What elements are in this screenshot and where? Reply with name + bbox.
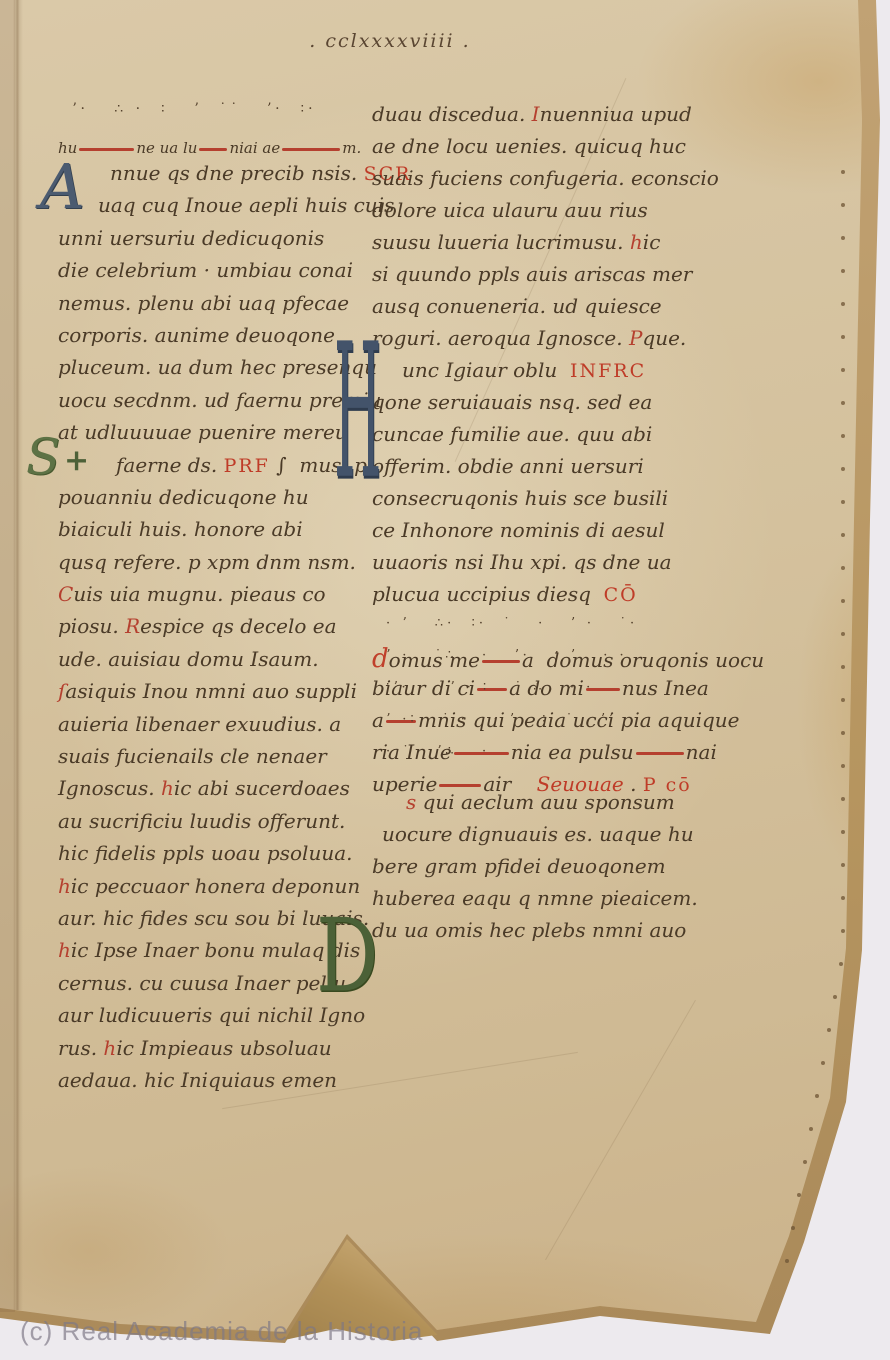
- text-segment: suais fuciens confugeria. econscio: [372, 166, 719, 190]
- line-text: du ua omis hec plebs nmni auo: [372, 920, 690, 940]
- line-text: qusq refere. p xpm dnm nsm.: [58, 552, 373, 572]
- line-text: bere gram pfidei deuoqonem: [372, 856, 690, 876]
- text-segment: at udluuuuae puenire mereu: [58, 420, 348, 444]
- initial-a: A: [40, 156, 85, 218]
- pricking-hole: [841, 797, 845, 801]
- text-segment: nemus. plenu abi uaq pfecae: [58, 291, 349, 315]
- pricking-hole: [841, 203, 845, 207]
- text-segment: rus.: [58, 1036, 103, 1060]
- text-segment: espice qs decelo ea: [140, 614, 336, 638]
- text-segment: unc Igiaur oblu: [402, 358, 570, 382]
- text-line: plucua uccipius diesq CŌ: [372, 584, 690, 616]
- text-line: ſasiquis Inou nmni auo suppli: [58, 681, 373, 713]
- text-segment: h: [58, 874, 71, 898]
- line-text: s qui aeclum auu sponsum: [406, 792, 690, 812]
- chant-line: ʼ ·∶ ˙ · · ʼ ∶· ˙ ʼʼria Inuenia ea pulsu…: [372, 712, 690, 744]
- line-text: offerim. obdie anni uersuri: [372, 456, 690, 476]
- text-segment: si quundo ppls auis ariscas mer: [372, 262, 692, 286]
- line-text: uocure dignuauis es. uaque hu: [382, 824, 690, 844]
- pricking-hole: [841, 236, 845, 240]
- text-segment: h: [103, 1036, 116, 1060]
- chant-line: ʼ· ∴ · ∶ ʼ ˙˙ ʼ· ∶·hune ua luniai aem.: [58, 95, 373, 163]
- text-segment: duau discedua.: [372, 102, 532, 126]
- pricking-hole: [841, 731, 845, 735]
- text-segment: ce Inhonore nominis di aesul: [372, 518, 665, 542]
- text-segment: du ua omis hec plebs nmni auo: [372, 918, 686, 942]
- text-segment: auieria libenaer exuudius. a: [58, 712, 341, 736]
- text-segment: h: [58, 938, 71, 962]
- text-line: ae dne locu uenies. quicuq huc: [372, 136, 690, 168]
- line-text: au sucrificiu luudis offerunt.: [58, 811, 373, 831]
- text-segment: plucua uccipius diesq: [372, 582, 604, 606]
- gutter-fold-line: [13, 0, 23, 1310]
- text-line: consecruqonis huis sce busili: [372, 488, 690, 520]
- pricking-hole: [841, 764, 845, 768]
- text-line: hic fidelis ppls uoau psoluua.: [58, 843, 373, 875]
- line-text: huberea eaqu q nmne pieaicem.: [372, 888, 690, 908]
- text-line: nnue qs dne precib nsis. SCR: [58, 163, 373, 195]
- line-text: cuncae fumilie aue. quu abi: [372, 424, 690, 444]
- pricking-hole: [841, 665, 845, 669]
- text-segment: consecruqonis huis sce busili: [372, 486, 668, 510]
- text-line: dolore uica ulauru auu rius: [372, 200, 690, 232]
- text-line: offerim. obdie anni uersuri: [372, 456, 690, 488]
- melisma-extender-line: [282, 148, 340, 151]
- text-line: au sucrificiu luudis offerunt.: [58, 811, 373, 843]
- line-text: at udluuuuae puenire mereu: [58, 422, 373, 442]
- text-segment: ausq conueneria. ud quiesce: [372, 294, 662, 318]
- text-line: suais fuciens confugeria. econscio: [372, 168, 690, 200]
- neumes-notation: ʼ · ˙∴ · ʼ· ∶ ʼ · ·: [372, 648, 690, 678]
- text-segment: h: [161, 776, 174, 800]
- text-segment: piosu.: [58, 614, 125, 638]
- text-segment: s: [406, 790, 416, 814]
- line-text: unc Igiaur oblu INFRC: [402, 360, 690, 381]
- pricking-hole: [841, 830, 845, 834]
- chant-line: · ˙ ʼ∴ ·uperieair Seuouae . P cō: [372, 744, 690, 776]
- initial-d: D: [316, 906, 379, 1007]
- text-segment: huberea eaqu q nmne pieaicem.: [372, 886, 698, 910]
- text-segment: ic peccuaor honera deponun: [71, 874, 360, 898]
- text-segment: P: [629, 326, 642, 350]
- text-segment: suais fucienails cle nenaer: [58, 744, 327, 768]
- pricking-hole: [841, 335, 845, 339]
- line-text: ausq conueneria. ud quiesce: [372, 296, 690, 316]
- text-line: qone seruiauais nsq. sed ea: [372, 392, 690, 424]
- text-line: qusq refere. p xpm dnm nsm.: [58, 552, 373, 584]
- text-line: Cuis uia mugnu. pieaus co: [58, 584, 373, 616]
- text-segment: aedaua. hic Iniquiaus emen: [58, 1068, 337, 1092]
- text-segment: hic fidelis ppls uoau psoluua.: [58, 841, 352, 865]
- text-segment: uuaoris nsi Ihu xpi. qs dne ua: [372, 550, 672, 574]
- line-text: hic peccuaor honera deponun: [58, 876, 373, 896]
- text-line: unni uersuriu dedicuqonis: [58, 228, 373, 260]
- text-line: biaiculi huis. honore abi: [58, 519, 373, 551]
- text-segment: unni uersuriu dedicuqonis: [58, 226, 324, 250]
- pricking-hole: [841, 401, 845, 405]
- text-line: pluceum. ua dum hec presenqu: [58, 357, 373, 389]
- text-line: nemus. plenu abi uaq pfecae: [58, 293, 373, 325]
- text-line: uuaoris nsi Ihu xpi. qs dne ua: [372, 552, 690, 584]
- text-segment: cuncae fumilie aue. quu abi: [372, 422, 652, 446]
- neumes-notation: ʼ ·∶ ˙ · · ʼ ∶· ˙ ʼʼ: [372, 712, 690, 742]
- text-segment: corporis. aunime deuoqone: [58, 323, 335, 347]
- line-text: suais fuciens confugeria. econscio: [372, 168, 690, 188]
- text-segment: faerne ds.: [116, 453, 224, 477]
- text-line: ude. auisiau domu Isaum.: [58, 649, 373, 681]
- text-segment: C: [58, 582, 73, 606]
- text-line: uocu secdnm. ud faernu premiu: [58, 390, 373, 422]
- text-segment: suusu luueria lucrimusu.: [372, 230, 630, 254]
- text-line: piosu. Respice qs decelo ea: [58, 616, 373, 648]
- text-segment: biaiculi huis. honore abi: [58, 517, 303, 541]
- text-line: pouanniu dedicuqone hu: [58, 487, 373, 519]
- text-line: aedaua. hic Iniquiaus emen: [58, 1070, 373, 1102]
- pricking-hole: [841, 632, 845, 636]
- line-text: unni uersuriu dedicuqonis: [58, 228, 373, 248]
- pricking-hole: [841, 170, 845, 174]
- text-line: unc Igiaur oblu INFRC: [372, 360, 690, 392]
- line-text: hune ua luniai aem.: [58, 141, 373, 156]
- manuscript-photograph: . cclxxxxviiii . ʼ· ∴ · ∶ ʼ ˙˙ ʼ· ∶·hune…: [0, 0, 890, 1360]
- text-segment: ic: [643, 230, 661, 254]
- text-segment: CŌ: [604, 584, 638, 606]
- line-text: plucua uccipius diesq CŌ: [372, 584, 690, 605]
- cross-ornament-icon: +: [64, 446, 89, 476]
- line-text: corporis. aunime deuoqone: [58, 325, 373, 345]
- text-line: faerne ds. PRF ∫ mus. p: [58, 455, 373, 487]
- text-segment: bere gram pfidei deuoqonem: [372, 854, 666, 878]
- line-text: ce Inhonore nominis di aesul: [372, 520, 690, 540]
- text-line: rus. hic Impieaus ubsoluau: [58, 1038, 373, 1070]
- line-text: aedaua. hic Iniquiaus emen: [58, 1070, 373, 1090]
- text-segment: Ignoscus.: [58, 776, 161, 800]
- text-segment: uaq cuq Inoue aepli huis cuis: [98, 193, 394, 217]
- line-text: pouanniu dedicuqone hu: [58, 487, 373, 507]
- text-segment: m.: [342, 139, 361, 157]
- text-segment: INFRC: [570, 360, 646, 382]
- text-segment: nnue qs dne precib nsis.: [110, 161, 364, 185]
- line-text: Ignoscus. hic abi sucerdoaes: [58, 778, 373, 798]
- text-line: uaq cuq Inoue aepli huis cuis: [58, 195, 373, 227]
- text-segment: nai: [686, 740, 717, 764]
- text-segment: au sucrificiu luudis offerunt.: [58, 809, 345, 833]
- melisma-extender-line: [439, 784, 481, 787]
- text-line: duau discedua. Inuenniua upud: [372, 104, 690, 136]
- pricking-hole: [839, 962, 843, 966]
- pricking-hole: [841, 599, 845, 603]
- neumes-notation: · ˙ ʼ∴ ·: [372, 744, 690, 774]
- text-line: die celebrium · umbiau conai: [58, 260, 373, 292]
- pricking-hole: [841, 698, 845, 702]
- chant-line: ∶ʼ· · ʼ · ∶ ˙ ∴ · ·amnis qui peaia ucci …: [372, 680, 690, 712]
- pricking-hole: [821, 1061, 825, 1065]
- text-segment: cernus. cu cuusa Inaer pellu: [58, 971, 346, 995]
- pricking-hole: [827, 1028, 831, 1032]
- text-line: bere gram pfidei deuoqonem: [372, 856, 690, 888]
- initial-h: H: [334, 322, 381, 508]
- text-segment: PRF: [224, 455, 270, 477]
- line-text: piosu. Respice qs decelo ea: [58, 616, 373, 636]
- neumes-notation: ∶ʼ· · ʼ · ∶ ˙ ∴ · ·: [372, 680, 690, 710]
- pricking-hole: [841, 467, 845, 471]
- text-line: Ignoscus. hic abi sucerdoaes: [58, 778, 373, 810]
- text-segment: ae dne locu uenies. quicuq huc: [372, 134, 686, 158]
- pricking-hole: [841, 533, 845, 537]
- text-line: huberea eaqu q nmne pieaicem.: [372, 888, 690, 920]
- text-line: si quundo ppls auis ariscas mer: [372, 264, 690, 296]
- text-line: auieria libenaer exuudius. a: [58, 714, 373, 746]
- chant-line: ʼ · ˙∴ · ʼ· ∶ ʼ · ·biaur di cia do minus…: [372, 648, 690, 680]
- chant-line: · ʼ ∴· ∶· ˙ · ʼ · ˙·domus mea domus oruq…: [372, 616, 690, 648]
- text-segment: offerim. obdie anni uersuri: [372, 454, 644, 478]
- text-line: roguri. aeroqua Ignosce. Pque.: [372, 328, 690, 360]
- text-line: suusu luueria lucrimusu. hic: [372, 232, 690, 264]
- melisma-extender-line: [199, 148, 227, 151]
- folio-number: . cclxxxxviiii .: [250, 30, 530, 52]
- text-line: s qui aeclum auu sponsum: [372, 792, 690, 824]
- line-text: dolore uica ulauru auu rius: [372, 200, 690, 220]
- line-text: roguri. aeroqua Ignosce. Pque.: [372, 328, 690, 348]
- text-segment: R: [125, 614, 140, 638]
- text-segment: ic Impieaus ubsoluau: [116, 1036, 331, 1060]
- text-line: uocure dignuauis es. uaque hu: [372, 824, 690, 856]
- text-line: corporis. aunime deuoqone: [58, 325, 373, 357]
- pricking-hole: [841, 269, 845, 273]
- pricking-hole: [841, 863, 845, 867]
- text-segment: qui aeclum auu sponsum: [416, 790, 675, 814]
- text-segment: nuenniua upud: [540, 102, 692, 126]
- text-segment: I: [532, 102, 540, 126]
- right-text-column: duau discedua. Inuenniua upudae dne locu…: [372, 104, 690, 952]
- text-segment: die celebrium · umbiau conai: [58, 258, 353, 282]
- line-text: uuaoris nsi Ihu xpi. qs dne ua: [372, 552, 690, 572]
- text-line: suais fucienails cle nenaer: [58, 746, 373, 778]
- neumes-notation: ʼ· ∴ · ∶ ʼ ˙˙ ʼ· ∶·: [58, 95, 373, 141]
- text-segment: h: [630, 230, 643, 254]
- text-segment: ic abi sucerdoaes: [174, 776, 350, 800]
- melisma-extender-line: [79, 148, 134, 151]
- line-text: uaq cuq Inoue aepli huis cuis: [98, 195, 373, 215]
- pricking-hole: [841, 566, 845, 570]
- text-segment: pluceum. ua dum hec presenqu: [58, 355, 377, 379]
- text-segment: pouanniu dedicuqone hu: [58, 485, 309, 509]
- line-text: ude. auisiau domu Isaum.: [58, 649, 373, 669]
- line-text: si quundo ppls auis ariscas mer: [372, 264, 690, 284]
- line-text: rus. hic Impieaus ubsoluau: [58, 1038, 373, 1058]
- text-segment: uocu secdnm. ud faernu premiu: [58, 388, 381, 412]
- line-text: hic fidelis ppls uoau psoluua.: [58, 843, 373, 863]
- text-segment: ne ua lu: [136, 139, 197, 157]
- text-segment: roguri. aeroqua Ignosce.: [372, 326, 629, 350]
- text-segment: uocure dignuauis es. uaque hu: [382, 822, 694, 846]
- line-text: ae dne locu uenies. quicuq huc: [372, 136, 690, 156]
- line-text: qone seruiauais nsq. sed ea: [372, 392, 690, 412]
- pricking-hole: [841, 434, 845, 438]
- line-text: nemus. plenu abi uaq pfecae: [58, 293, 373, 313]
- line-text: nnue qs dne precib nsis. SCR: [110, 163, 373, 184]
- line-text: biaiculi huis. honore abi: [58, 519, 373, 539]
- pricking-hole: [833, 995, 837, 999]
- text-segment: uis uia mugnu. pieaus co: [73, 582, 325, 606]
- text-segment: qusq refere. p xpm dnm nsm.: [58, 550, 356, 574]
- initial-s: S: [26, 432, 60, 482]
- text-segment: dolore uica ulauru auu rius: [372, 198, 648, 222]
- line-text: ſasiquis Inou nmni auo suppli: [58, 681, 373, 701]
- watermark: (c) Real Academia de la Historia: [20, 1316, 423, 1347]
- pricking-hole: [841, 368, 845, 372]
- line-text: duau discedua. Inuenniua upud: [372, 104, 690, 124]
- text-line: at udluuuuae puenire mereu: [58, 422, 373, 454]
- line-text: consecruqonis huis sce busili: [372, 488, 690, 508]
- neumes-notation: · ʼ ∴· ∶· ˙ · ʼ · ˙·: [372, 616, 690, 646]
- line-text: auieria libenaer exuudius. a: [58, 714, 373, 734]
- pricking-hole: [841, 500, 845, 504]
- text-segment: ude. auisiau domu Isaum.: [58, 647, 319, 671]
- text-segment: asiquis Inou nmni auo suppli: [65, 679, 357, 703]
- line-text: suusu luueria lucrimusu. hic: [372, 232, 690, 252]
- text-line: ce Inhonore nominis di aesul: [372, 520, 690, 552]
- text-line: du ua omis hec plebs nmni auo: [372, 920, 690, 952]
- text-line: ausq conueneria. ud quiesce: [372, 296, 690, 328]
- line-text: Cuis uia mugnu. pieaus co: [58, 584, 373, 604]
- line-text: pluceum. ua dum hec presenqu: [58, 357, 373, 377]
- text-segment: qone seruiauais nsq. sed ea: [372, 390, 652, 414]
- text-line: cuncae fumilie aue. quu abi: [372, 424, 690, 456]
- pricking-hole: [841, 896, 845, 900]
- pricking-hole: [841, 929, 845, 933]
- line-text: uocu secdnm. ud faernu premiu: [58, 390, 373, 410]
- text-segment: niai ae: [229, 139, 280, 157]
- line-text: die celebrium · umbiau conai: [58, 260, 373, 280]
- line-text: suais fucienails cle nenaer: [58, 746, 373, 766]
- text-segment: que.: [642, 326, 686, 350]
- pricking-hole: [841, 302, 845, 306]
